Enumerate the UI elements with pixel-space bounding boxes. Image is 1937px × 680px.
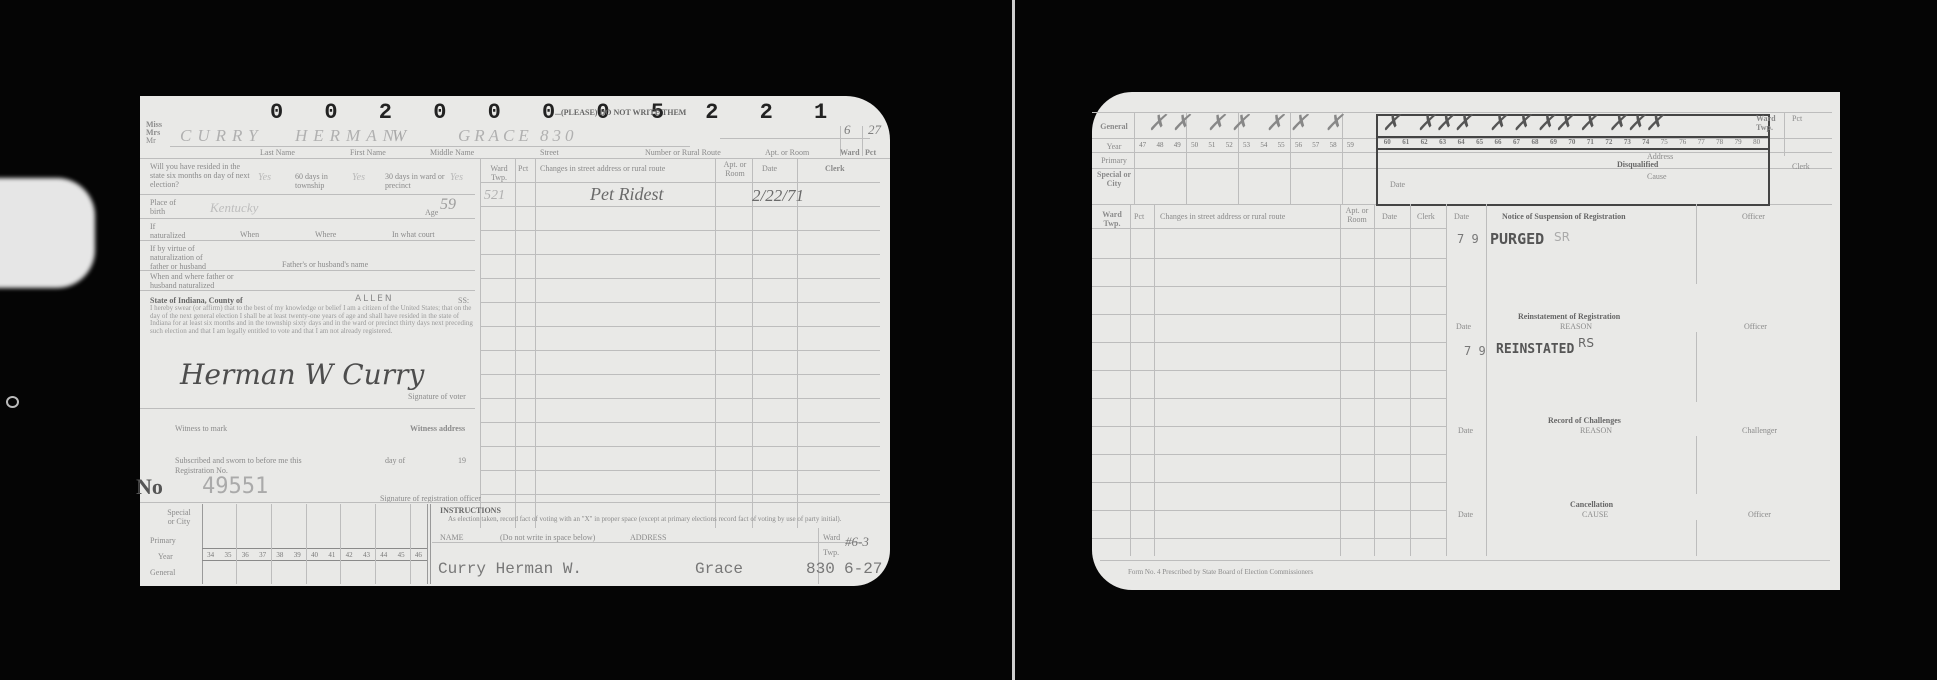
title-prefix-mr: Mr (146, 136, 156, 145)
frame-divider (1012, 0, 1015, 680)
challenges-th-reason: REASON (1580, 426, 1612, 435)
label-year-prefix: 19 (458, 456, 466, 465)
house-number-value: 830 (540, 126, 578, 146)
label-naturalized: If naturalized (150, 222, 190, 240)
question-precinct: 30 days in ward or precinct (385, 172, 445, 190)
th-ward-twp: Ward Twp. (485, 164, 513, 182)
th-date: Date (762, 164, 777, 173)
th-pct: Pct (518, 164, 528, 173)
purged-stamp: PURGED (1490, 230, 1544, 248)
back-label-clerk: Clerk (1792, 162, 1810, 171)
cancellation-th-officer: Officer (1748, 510, 1771, 519)
vote-marks-left: ✗ ✗ ✗ ✗ ✗ ✗ ✗ (1148, 110, 1343, 136)
film-speck (6, 396, 19, 408)
label-address: ADDRESS (630, 533, 666, 542)
reinstatement-title: Reinstatement of Registration (1518, 312, 1620, 321)
label-apt: Apt. or Room (765, 148, 809, 157)
label-place-of-birth: Place of birth (150, 198, 190, 216)
label-pct: Pct (865, 148, 876, 157)
pct-value: 27 (868, 122, 881, 138)
label-witness-mark: Witness to mark (175, 424, 227, 433)
suspension-th-officer: Officer (1742, 212, 1765, 221)
ward-pct-handwritten: #6-3 (845, 534, 869, 550)
registration-card-back: General Year Primary Special or City 474… (1092, 92, 1840, 590)
adjacent-card-edge (0, 178, 95, 288)
answer-state-residence: Yes (258, 172, 271, 183)
back-th-changes: Changes in street address or rural route (1160, 212, 1320, 221)
reinstated-initials: RS (1578, 336, 1594, 350)
cancellation-th-date: Date (1458, 510, 1473, 519)
back-grid-label-disqualified: Disqualified (1617, 160, 1658, 169)
form-footer: Form No. 4 Prescribed by State Board of … (1128, 568, 1313, 577)
label-day-of: day of (385, 456, 405, 465)
reinstatement-th-officer: Officer (1744, 322, 1767, 331)
label-do-not-write: (Do not write in space below) (500, 533, 595, 542)
label-street: Street (540, 148, 559, 157)
grid-label-primary: Primary (150, 536, 176, 545)
reinstatement-th-reason: REASON (1560, 322, 1592, 331)
label-when: When (240, 230, 259, 239)
change-ward-value: 521 (484, 188, 505, 204)
cancellation-th-cause: CAUSE (1582, 510, 1608, 519)
typed-ward-pct: 6-27 (844, 560, 882, 578)
grid-label-year: Year (158, 552, 173, 561)
purged-initials: SR (1554, 230, 1570, 244)
back-th-pct: Pct (1134, 212, 1144, 221)
label-middle-name: Middle Name (430, 148, 474, 157)
reinstated-date: 7 9 (1464, 344, 1486, 358)
label-witness-address: Witness address (410, 424, 465, 433)
header-notice: ...(PLEASE) DO NOT WRITE THEM (555, 108, 686, 117)
back-th-date: Date (1382, 212, 1397, 221)
ward-value: 6 (844, 122, 851, 138)
label-father-where: When and where father or husband natural… (150, 272, 240, 290)
purged-date: 7 9 (1457, 232, 1479, 246)
back-th-apt: Apt. or Room (1344, 206, 1370, 224)
voter-signature: Herman W Curry (180, 358, 424, 391)
reinstated-stamp: REINSTATED (1496, 342, 1574, 357)
back-grid-label-date: Date (1390, 180, 1405, 189)
place-of-birth-value: Kentucky (210, 200, 258, 216)
back-th-clerk: Clerk (1417, 212, 1435, 221)
middle-name-value: W (392, 126, 406, 146)
answer-precinct: Yes (450, 172, 463, 183)
label-last-name: Last Name (260, 148, 295, 157)
county-value: ALLEN (355, 294, 394, 304)
age-value: 59 (440, 196, 456, 214)
last-name-value: CURRY (180, 126, 264, 146)
back-th-ward-twp: Ward Twp. (1098, 210, 1126, 228)
back-year-row-left: 47484950515253545556575859 (1134, 141, 1359, 149)
street-value: GRACE (458, 126, 533, 146)
grid-label-general: General (150, 568, 175, 577)
change-date-value: 2/22/71 (752, 186, 804, 206)
registration-number: 49551 (202, 474, 268, 499)
challenges-th-challenger: Challenger (1742, 426, 1777, 435)
first-name-value: HERMAN (295, 126, 400, 146)
label-father-naturalization: If by virtue of naturalization of father… (150, 244, 220, 271)
question-township: 60 days in township (295, 172, 350, 190)
question-state-residence: Will you have resided in the state six m… (150, 162, 255, 189)
back-label-ward-twp: Ward Twp. (1756, 114, 1784, 132)
back-grid-label-year: Year (1096, 142, 1132, 151)
back-year-row-right: 6061626364656667686970717273747576777879… (1378, 138, 1766, 146)
instructions-text: As election taken, record fact of voting… (448, 515, 868, 523)
oath-text: I hereby swear (or affirm) that to the b… (150, 305, 475, 335)
instructions-title: INSTRUCTIONS (440, 506, 501, 515)
label-twp-bottom: Twp. (823, 548, 839, 557)
typed-name: Curry Herman W. (438, 560, 582, 578)
label-number: Number or Rural Route (645, 148, 721, 157)
label-court: In what court (392, 230, 435, 239)
back-grid-label-general: General (1096, 122, 1132, 131)
challenges-title: Record of Challenges (1548, 416, 1621, 425)
challenges-th-date: Date (1458, 426, 1473, 435)
suspension-th-notice: Notice of Suspension of Registration (1502, 212, 1626, 221)
label-where: Where (315, 230, 336, 239)
th-apt: Apt. or Room (720, 160, 750, 178)
cancellation-title: Cancellation (1570, 500, 1613, 509)
typed-street: Grace (695, 560, 743, 578)
back-grid-label-special: Special or City (1096, 170, 1132, 188)
label-signature-voter: Signature of voter (408, 392, 466, 401)
th-clerk: Clerk (825, 164, 845, 173)
label-first-name: First Name (350, 148, 386, 157)
back-label-pct: Pct (1792, 114, 1802, 123)
answer-township: Yes (352, 172, 365, 183)
change-address-value: Pet Ridest (590, 184, 663, 205)
label-father-name: Father's or husband's name (282, 260, 368, 269)
label-ward-bottom: Ward (823, 533, 840, 542)
suspension-th-date: Date (1454, 212, 1469, 221)
grid-label-special: Special or City (164, 508, 194, 526)
registration-no-prefix: No (136, 474, 163, 500)
vote-marks-right: ✗ ✗✗✗ ✗ ✗ ✗✗ ✗ ✗✗✗ (1382, 110, 1664, 136)
label-ward: Ward (840, 148, 860, 157)
label-subscribed: Subscribed and sworn to before me this (175, 456, 302, 465)
typed-number: 830 (806, 560, 835, 578)
back-grid-label-cause: Cause (1647, 172, 1667, 181)
back-grid-label-primary: Primary (1096, 156, 1132, 165)
reinstatement-th-date: Date (1456, 322, 1471, 331)
label-name: NAME (440, 533, 464, 542)
registration-card-front: 0 0 2 0 0 0 0 5 2 2 1 ...(PLEASE) DO NOT… (140, 96, 890, 586)
th-changes: Changes in street address or rural route (540, 164, 712, 173)
label-age: Age (425, 208, 438, 217)
